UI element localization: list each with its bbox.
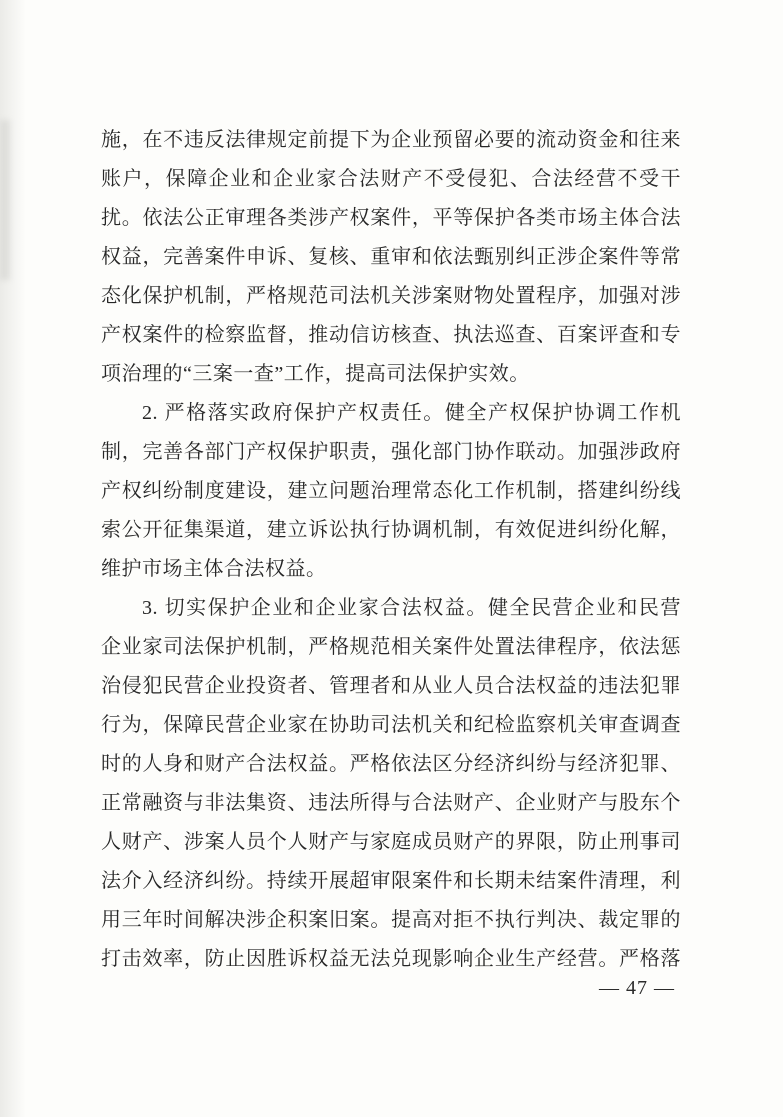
document-page: 施，在不违反法律规定前提下为企业预留必要的流动资金和往来账户，保障企业和企业家合…	[0, 0, 783, 1117]
text-line: 产权纠纷制度建设，建立问题治理常态化工作机制，搭建纠纷线	[101, 472, 681, 511]
text-line: 3. 切实保护企业和企业家合法权益。健全民营企业和民营	[101, 589, 681, 628]
text-line: 正常融资与非法集资、违法所得与合法财产、企业财产与股东个	[101, 784, 681, 823]
text-line: 扰。依法公正审理各类涉产权案件，平等保护各类市场主体合法	[101, 199, 681, 238]
text-line: 项治理的“三案一查”工作，提高司法保护实效。	[101, 355, 681, 394]
text-line: 人财产、涉案人员个人财产与家庭成员财产的界限，防止刑事司	[101, 823, 681, 862]
text-line: 施，在不违反法律规定前提下为企业预留必要的流动资金和往来	[101, 121, 681, 160]
page-number: — 47 —	[101, 972, 681, 1004]
text-line: 治侵犯民营企业投资者、管理者和从业人员合法权益的违法犯罪	[101, 667, 681, 706]
text-line: 制，完善各部门产权保护职责，强化部门协作联动。加强涉政府	[101, 433, 681, 472]
text-line: 行为，保障民营企业家在协助司法机关和纪检监察机关审查调查	[101, 706, 681, 745]
text-line: 索公开征集渠道，建立诉讼执行协调机制，有效促进纠纷化解，	[101, 511, 681, 550]
text-line: 态化保护机制，严格规范司法机关涉案财物处置程序，加强对涉	[101, 277, 681, 316]
text-line: 用三年时间解决涉企积案旧案。提高对拒不执行判决、裁定罪的	[101, 901, 681, 940]
text-line: 产权案件的检察监督，推动信访核查、执法巡查、百案评查和专	[101, 316, 681, 355]
text-line: 法介入经济纠纷。持续开展超审限案件和长期未结案件清理，利	[101, 862, 681, 901]
text-line: 维护市场主体合法权益。	[101, 550, 681, 589]
text-line: 权益，完善案件申诉、复核、重审和依法甄别纠正涉企案件等常	[101, 238, 681, 277]
text-line: 账户，保障企业和企业家合法财产不受侵犯、合法经营不受干	[101, 160, 681, 199]
text-line: 时的人身和财产合法权益。严格依法区分经济纠纷与经济犯罪、	[101, 745, 681, 784]
text-line: 2. 严格落实政府保护产权责任。健全产权保护协调工作机	[101, 394, 681, 433]
text-line: 企业家司法保护机制，严格规范相关案件处置法律程序，依法惩	[101, 628, 681, 667]
document-body: 施，在不违反法律规定前提下为企业预留必要的流动资金和往来账户，保障企业和企业家合…	[101, 121, 681, 979]
